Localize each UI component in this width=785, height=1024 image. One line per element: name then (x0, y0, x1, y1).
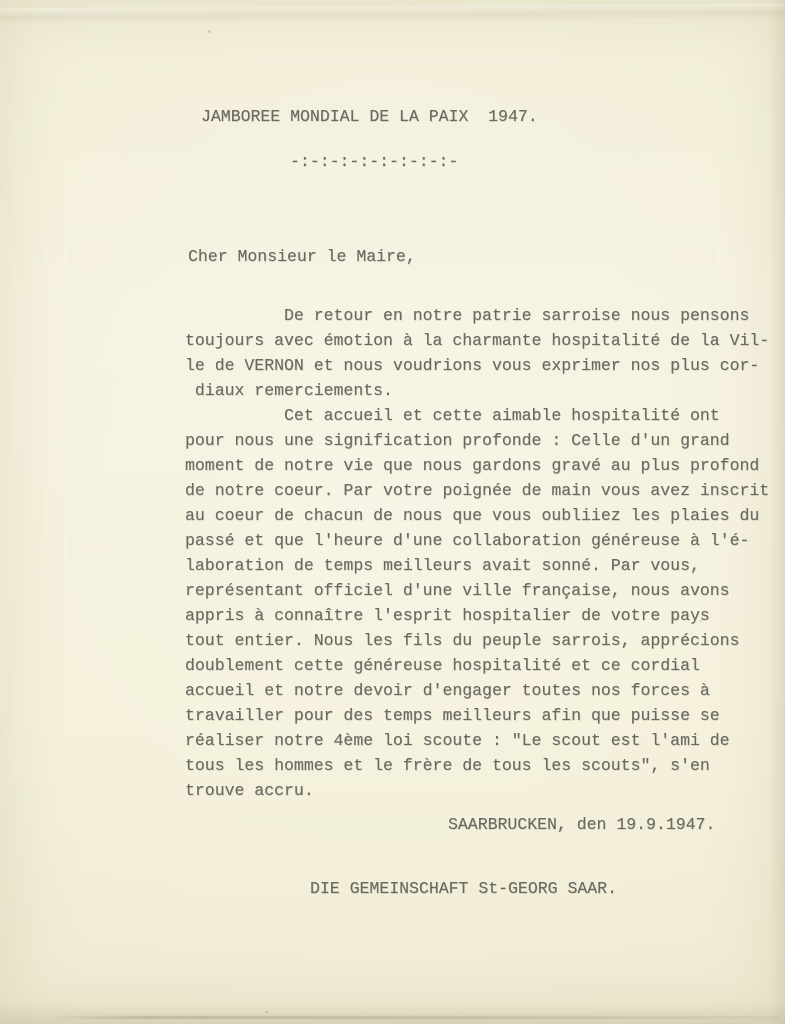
letter-title: JAMBOREE MONDIAL DE LA PAIX 1947. (201, 107, 538, 126)
place-date-line: SAARBRUCKEN, den 19.9.1947. (448, 815, 715, 834)
paper-bottom-shadow (0, 1002, 785, 1024)
letter-page: JAMBOREE MONDIAL DE LA PAIX 1947. -:-:-:… (0, 0, 785, 1024)
title-separator: -:-:-:-:-:-:-:-:- (290, 152, 458, 171)
paper-right-edge (767, 0, 785, 1024)
paper-speckle (700, 620, 702, 622)
paper-fold-crease (0, 4, 785, 25)
signature-line: DIE GEMEINSCHAFT St-GEORG SAAR. (310, 879, 617, 898)
letter-body: De retour en notre patrie sarroise nous … (185, 303, 769, 803)
paper-speckle (208, 30, 211, 33)
salutation: Cher Monsieur le Maire, (188, 247, 416, 266)
